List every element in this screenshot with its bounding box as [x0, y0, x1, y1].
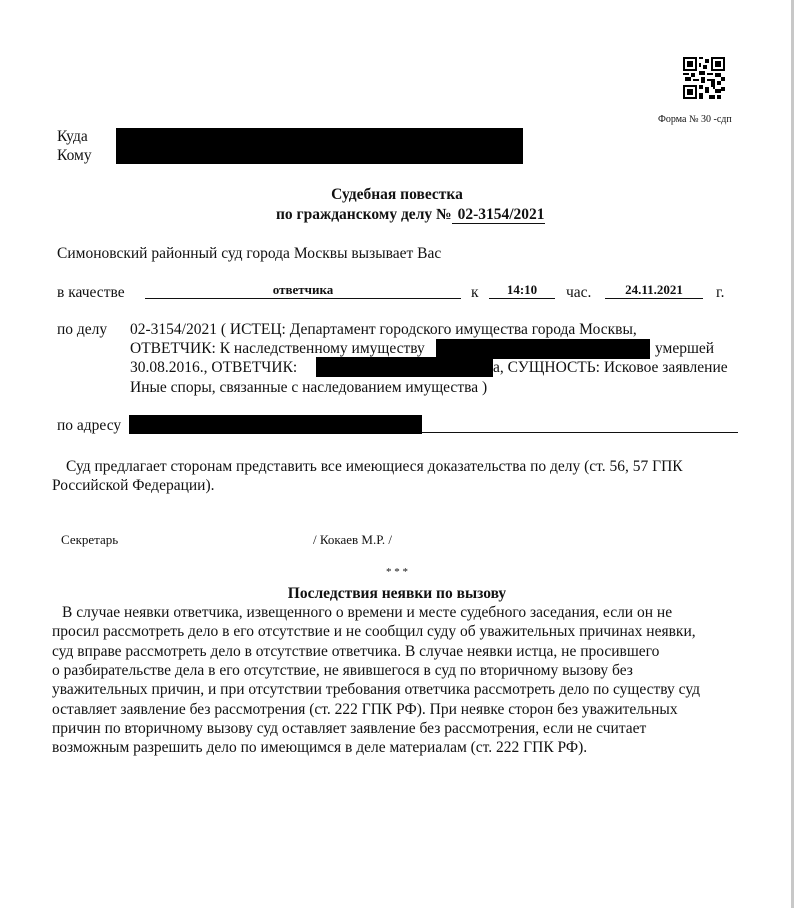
defendant-redacted	[316, 357, 493, 377]
address-underline	[422, 432, 738, 433]
case-line-2-start: ОТВЕТЧИК: К наследственному имуществу	[130, 339, 425, 359]
heir-redacted	[436, 339, 650, 359]
time-value: 14:10	[489, 282, 555, 299]
form-number: Форма № 30 -сдп	[658, 114, 732, 125]
case-line-3-end: а, СУЩНОСТЬ: Исковое заявление	[493, 358, 728, 378]
qr-code-icon	[683, 57, 725, 99]
whom-label: Кому	[57, 146, 92, 166]
consequences-line: суд вправе рассмотреть дело в отсутствие…	[52, 642, 659, 662]
recipient-redacted	[116, 128, 523, 164]
case-line-4: Иные споры, связанные с наследованием им…	[130, 378, 487, 398]
case-title-prefix: по гражданскому делу №	[276, 206, 452, 223]
consequences-line: просил рассмотреть дело в его отсутствие…	[52, 622, 696, 642]
document-title: Судебная повестка	[0, 185, 794, 205]
year-label: г.	[716, 283, 724, 303]
section-separator: * * *	[0, 566, 794, 578]
case-title-line: по гражданскому делу №02-3154/2021	[276, 205, 545, 225]
consequences-line: возможным разрешить дело по имеющимся в …	[52, 738, 587, 758]
case-line-2-end: умершей	[655, 339, 714, 359]
consequences-line: о разбирательстве дела в его отсутствие,…	[52, 661, 633, 681]
hour-label: час.	[566, 283, 591, 303]
consequences-heading: Последствия неявки по вызову	[0, 584, 794, 604]
consequences-line: уважительных причин, и при отсутствии тр…	[52, 680, 700, 700]
case-line-1: 02-3154/2021 ( ИСТЕЦ: Департамент городс…	[130, 320, 637, 340]
signature-role: Секретарь	[61, 532, 118, 548]
case-label: по делу	[57, 320, 107, 340]
where-label: Куда	[57, 127, 88, 147]
at-label: к	[471, 283, 479, 303]
evidence-line-1: Суд предлагает сторонам представить все …	[66, 457, 683, 477]
evidence-line-2: Российской Федерации).	[52, 476, 215, 496]
signature-name: / Кокаев М.Р. /	[313, 532, 392, 548]
case-line-3-start: 30.08.2016., ОТВЕТЧИК:	[130, 358, 297, 378]
role-label: в качестве	[57, 283, 125, 303]
address-redacted	[129, 415, 422, 434]
address-label: по адресу	[57, 416, 121, 436]
date-value: 24.11.2021	[605, 282, 703, 299]
role-value: ответчика	[145, 282, 461, 299]
court-text: Симоновский районный суд города Москвы в…	[57, 244, 441, 264]
consequences-line: причин по вторичному вызову суд оставляе…	[52, 719, 646, 739]
case-number: 02-3154/2021	[452, 206, 545, 224]
consequences-line: В случае неявки ответчика, извещенного о…	[62, 603, 672, 623]
consequences-line: оставляет заявление без рассмотрения (ст…	[52, 700, 678, 720]
